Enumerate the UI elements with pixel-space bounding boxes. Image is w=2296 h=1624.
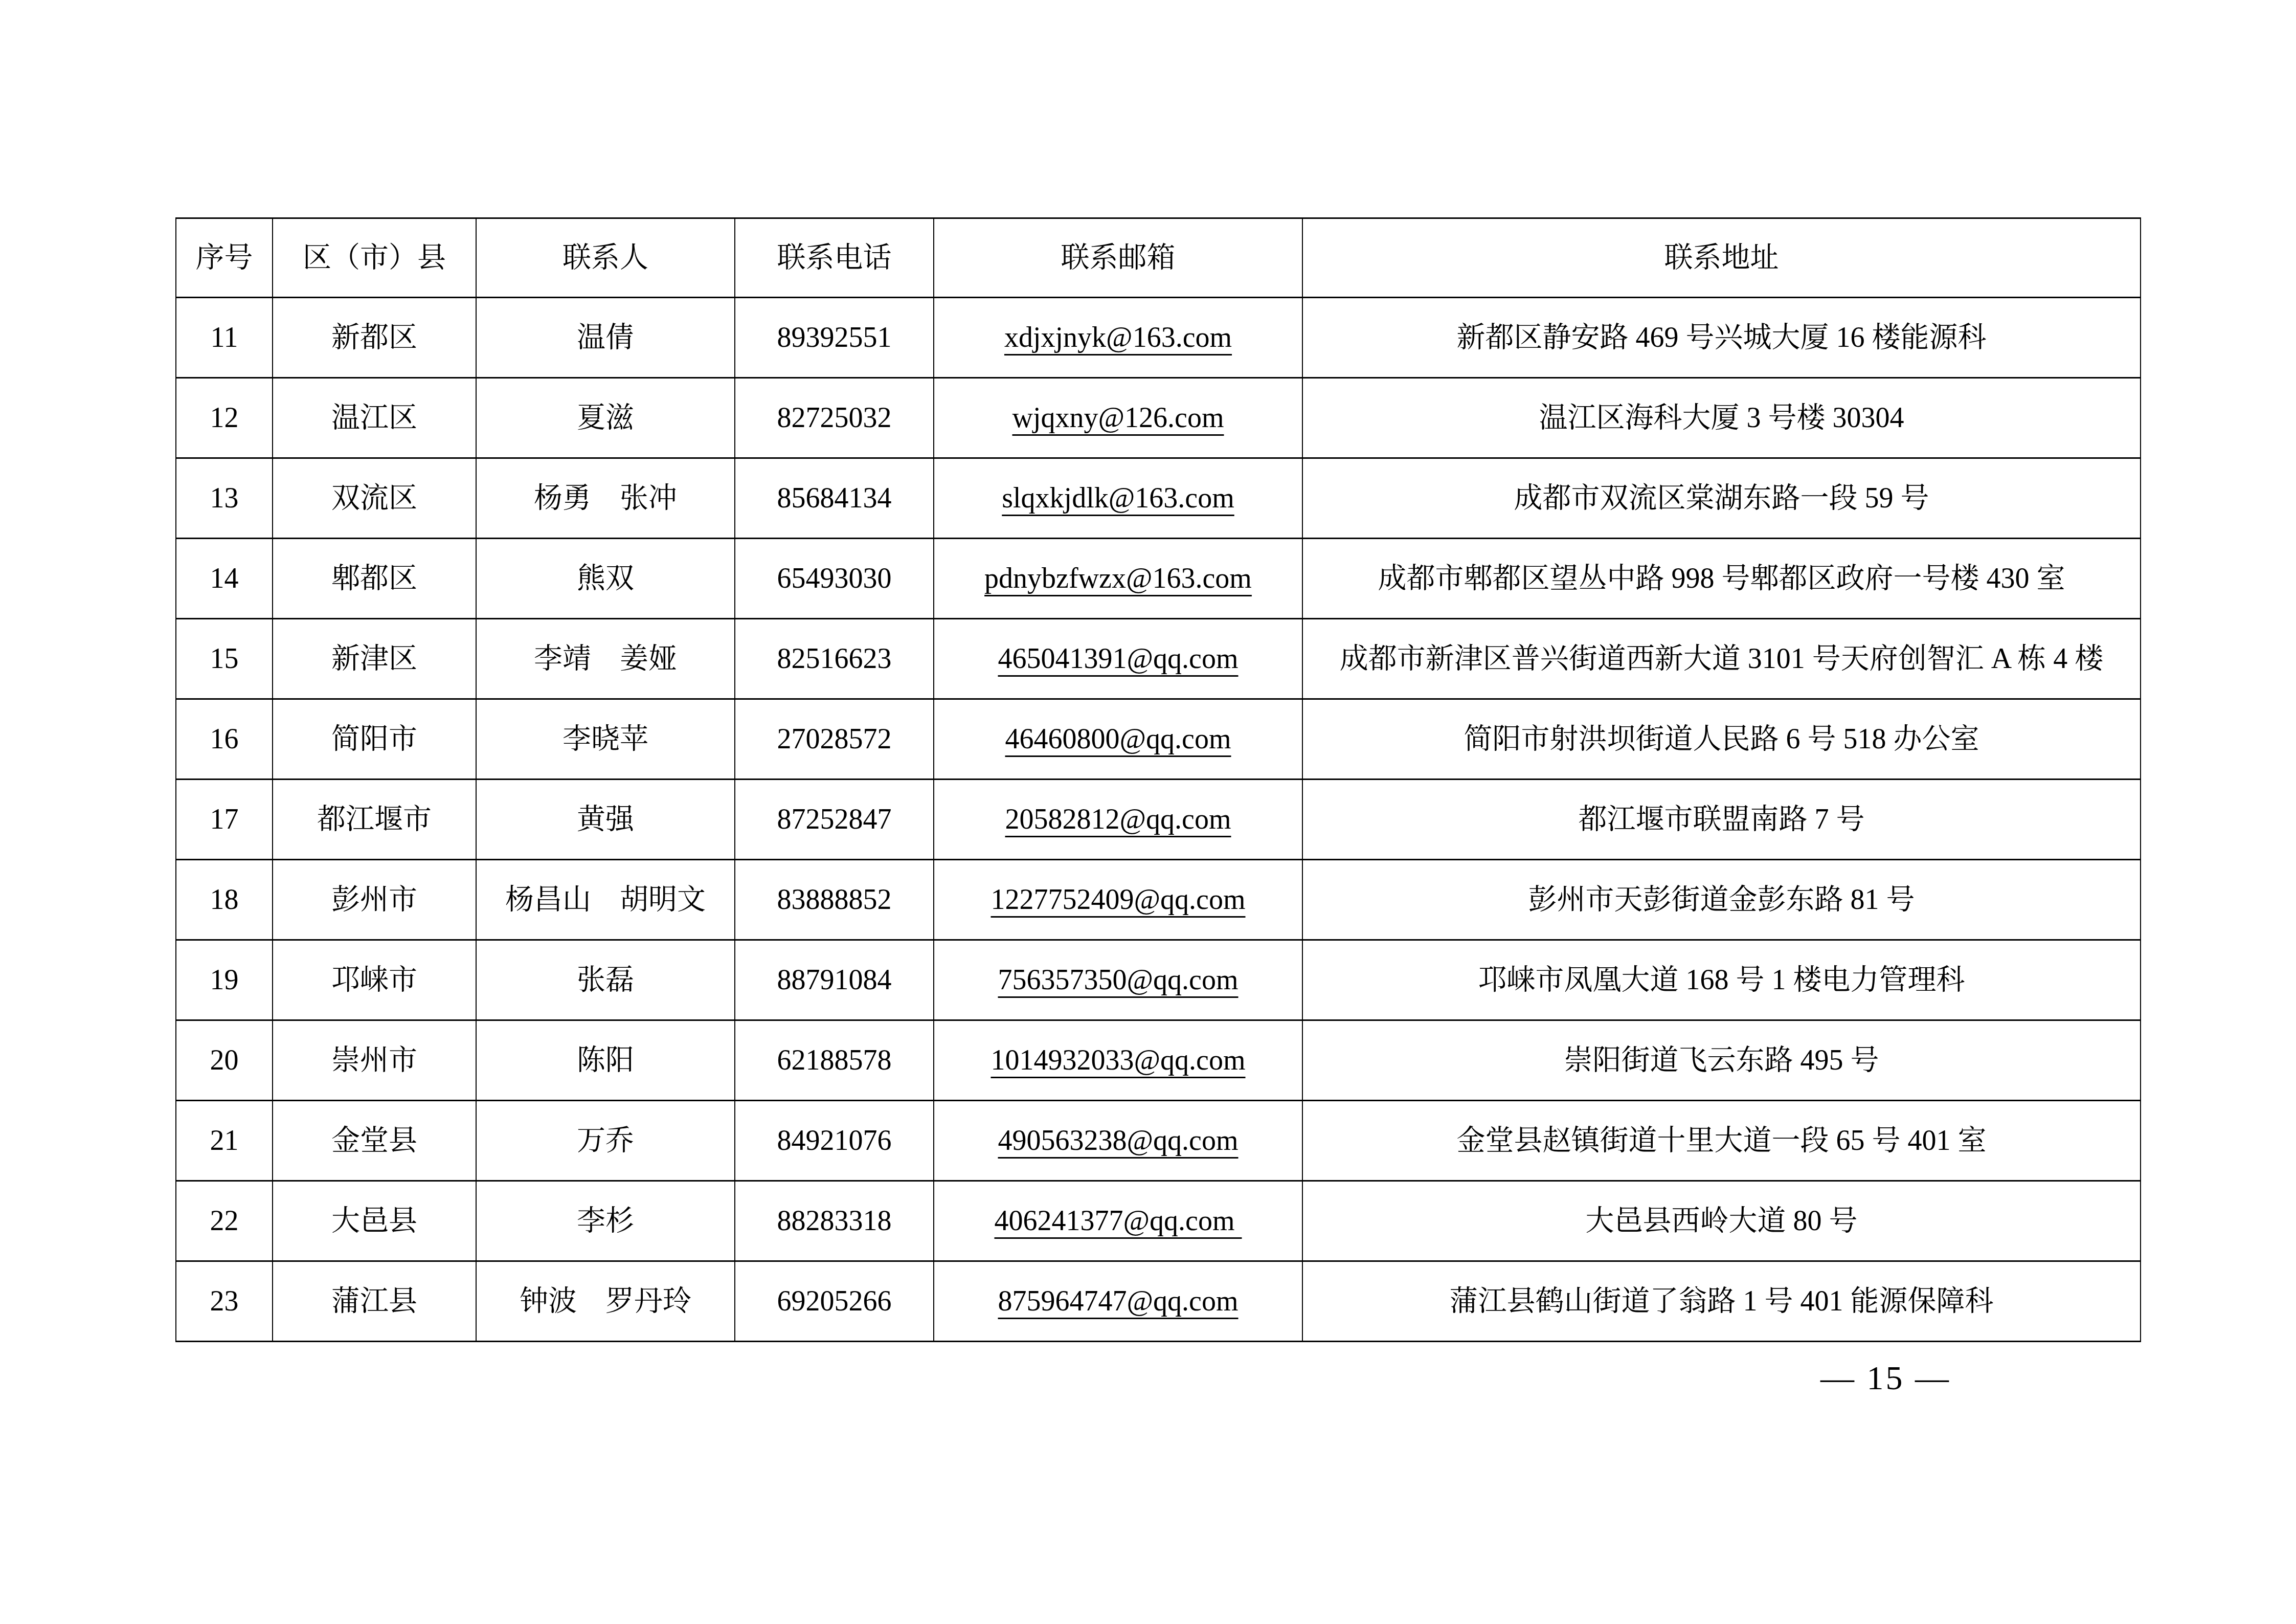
phone-cell: 89392551	[735, 298, 934, 378]
page-number: — 15 —	[1820, 1362, 1951, 1395]
table-row: 14 郫都区 熊双 65493030 pdnybzfwzx@163.com 成都…	[176, 539, 2141, 619]
phone-cell: 27028572	[735, 699, 934, 780]
address-cell: 成都市双流区棠湖东路一段 59 号	[1302, 458, 2141, 539]
phone-cell: 88791084	[735, 940, 934, 1020]
email-link[interactable]: 756357350@qq.com	[998, 964, 1239, 996]
table-header-row: 序号 区（市）县 联系人 联系电话 联系邮箱 联系地址	[176, 218, 2141, 298]
contacts-table: 序号 区（市）县 联系人 联系电话 联系邮箱 联系地址 11 新都区 温倩 89…	[175, 217, 2141, 1342]
table-row: 22 大邑县 李杉 88283318 406241377@qq.com 大邑县西…	[176, 1181, 2141, 1261]
email-link[interactable]: 465041391@qq.com	[998, 643, 1239, 675]
email-link[interactable]: 20582812@qq.com	[1005, 804, 1231, 835]
address-cell: 简阳市射洪坝街道人民路 6 号 518 办公室	[1302, 699, 2141, 780]
district-cell: 简阳市	[273, 699, 476, 780]
district-cell: 大邑县	[273, 1181, 476, 1261]
row-index-cell: 16	[176, 699, 273, 780]
table-row: 15 新津区 李靖 姜娅 82516623 465041391@qq.com 成…	[176, 619, 2141, 699]
phone-cell: 88283318	[735, 1181, 934, 1261]
contact-cell: 钟波 罗丹玲	[476, 1261, 735, 1342]
contact-cell: 熊双	[476, 539, 735, 619]
address-cell: 新都区静安路 469 号兴城大厦 16 楼能源科	[1302, 298, 2141, 378]
email-link[interactable]: 1227752409@qq.com	[991, 884, 1246, 916]
address-cell: 金堂县赵镇街道十里大道一段 65 号 401 室	[1302, 1101, 2141, 1181]
email-cell: xdjxjnyk@163.com	[934, 298, 1302, 378]
district-cell: 都江堰市	[273, 780, 476, 860]
phone-cell: 82516623	[735, 619, 934, 699]
table-row: 20 崇州市 陈阳 62188578 1014932033@qq.com 崇阳街…	[176, 1020, 2141, 1101]
contact-cell: 黄强	[476, 780, 735, 860]
email-link[interactable]: 46460800@qq.com	[1005, 723, 1231, 755]
district-cell: 邛崃市	[273, 940, 476, 1020]
row-index-cell: 19	[176, 940, 273, 1020]
document-page: 序号 区（市）县 联系人 联系电话 联系邮箱 联系地址 11 新都区 温倩 89…	[0, 0, 2296, 1624]
phone-cell: 84921076	[735, 1101, 934, 1181]
row-index-cell: 12	[176, 378, 273, 458]
phone-cell: 83888852	[735, 860, 934, 940]
table-row: 19 邛崃市 张磊 88791084 756357350@qq.com 邛崃市凤…	[176, 940, 2141, 1020]
district-cell: 彭州市	[273, 860, 476, 940]
email-cell: 756357350@qq.com	[934, 940, 1302, 1020]
phone-cell: 85684134	[735, 458, 934, 539]
contact-cell: 李杉	[476, 1181, 735, 1261]
email-link[interactable]: 490563238@qq.com	[998, 1125, 1239, 1156]
phone-cell: 62188578	[735, 1020, 934, 1101]
email-cell: pdnybzfwzx@163.com	[934, 539, 1302, 619]
contact-cell: 万乔	[476, 1101, 735, 1181]
col-header-address: 联系地址	[1302, 218, 2141, 298]
table-row: 16 简阳市 李晓苹 27028572 46460800@qq.com 简阳市射…	[176, 699, 2141, 780]
table-row: 17 都江堰市 黄强 87252847 20582812@qq.com 都江堰市…	[176, 780, 2141, 860]
address-cell: 大邑县西岭大道 80 号	[1302, 1181, 2141, 1261]
row-index-cell: 23	[176, 1261, 273, 1342]
email-link[interactable]: wjqxny@126.com	[1012, 402, 1224, 434]
email-cell: 406241377@qq.com	[934, 1181, 1302, 1261]
email-cell: wjqxny@126.com	[934, 378, 1302, 458]
table-row: 13 双流区 杨勇 张冲 85684134 slqxkjdlk@163.com …	[176, 458, 2141, 539]
row-index-cell: 14	[176, 539, 273, 619]
row-index-cell: 15	[176, 619, 273, 699]
email-link[interactable]: pdnybzfwzx@163.com	[984, 563, 1252, 594]
contact-cell: 陈阳	[476, 1020, 735, 1101]
address-cell: 邛崃市凤凰大道 168 号 1 楼电力管理科	[1302, 940, 2141, 1020]
district-cell: 新都区	[273, 298, 476, 378]
email-cell: slqxkjdlk@163.com	[934, 458, 1302, 539]
col-header-phone: 联系电话	[735, 218, 934, 298]
row-index-cell: 22	[176, 1181, 273, 1261]
row-index-cell: 21	[176, 1101, 273, 1181]
phone-cell: 65493030	[735, 539, 934, 619]
table-row: 23 蒲江县 钟波 罗丹玲 69205266 875964747@qq.com …	[176, 1261, 2141, 1342]
contact-cell: 杨勇 张冲	[476, 458, 735, 539]
row-index-cell: 13	[176, 458, 273, 539]
district-cell: 双流区	[273, 458, 476, 539]
contact-cell: 李靖 姜娅	[476, 619, 735, 699]
address-cell: 都江堰市联盟南路 7 号	[1302, 780, 2141, 860]
col-header-district: 区（市）县	[273, 218, 476, 298]
email-link[interactable]: 1014932033@qq.com	[991, 1044, 1246, 1076]
email-cell: 465041391@qq.com	[934, 619, 1302, 699]
phone-cell: 87252847	[735, 780, 934, 860]
email-link[interactable]: 406241377@qq.com	[995, 1205, 1242, 1237]
email-cell: 875964747@qq.com	[934, 1261, 1302, 1342]
phone-cell: 69205266	[735, 1261, 934, 1342]
table-row: 21 金堂县 万乔 84921076 490563238@qq.com 金堂县赵…	[176, 1101, 2141, 1181]
row-index-cell: 18	[176, 860, 273, 940]
address-cell: 崇阳街道飞云东路 495 号	[1302, 1020, 2141, 1101]
district-cell: 新津区	[273, 619, 476, 699]
phone-cell: 82725032	[735, 378, 934, 458]
address-cell: 成都市郫都区望丛中路 998 号郫都区政府一号楼 430 室	[1302, 539, 2141, 619]
email-cell: 20582812@qq.com	[934, 780, 1302, 860]
email-link[interactable]: xdjxjnyk@163.com	[1004, 322, 1232, 353]
district-cell: 温江区	[273, 378, 476, 458]
address-cell: 成都市新津区普兴街道西新大道 3101 号天府创智汇 A 栋 4 楼	[1302, 619, 2141, 699]
contact-cell: 夏滋	[476, 378, 735, 458]
contact-cell: 温倩	[476, 298, 735, 378]
col-header-email: 联系邮箱	[934, 218, 1302, 298]
row-index-cell: 20	[176, 1020, 273, 1101]
row-index-cell: 11	[176, 298, 273, 378]
email-cell: 1227752409@qq.com	[934, 860, 1302, 940]
district-cell: 蒲江县	[273, 1261, 476, 1342]
contact-cell: 杨昌山 胡明文	[476, 860, 735, 940]
email-cell: 46460800@qq.com	[934, 699, 1302, 780]
email-cell: 490563238@qq.com	[934, 1101, 1302, 1181]
col-header-contact: 联系人	[476, 218, 735, 298]
address-cell: 温江区海科大厦 3 号楼 30304	[1302, 378, 2141, 458]
col-header-index: 序号	[176, 218, 273, 298]
contact-cell: 李晓苹	[476, 699, 735, 780]
table-row: 12 温江区 夏滋 82725032 wjqxny@126.com 温江区海科大…	[176, 378, 2141, 458]
district-cell: 崇州市	[273, 1020, 476, 1101]
district-cell: 郫都区	[273, 539, 476, 619]
email-link[interactable]: slqxkjdlk@163.com	[1002, 482, 1234, 514]
address-cell: 蒲江县鹤山街道了翁路 1 号 401 能源保障科	[1302, 1261, 2141, 1342]
table-row: 11 新都区 温倩 89392551 xdjxjnyk@163.com 新都区静…	[176, 298, 2141, 378]
address-cell: 彭州市天彭街道金彭东路 81 号	[1302, 860, 2141, 940]
email-cell: 1014932033@qq.com	[934, 1020, 1302, 1101]
row-index-cell: 17	[176, 780, 273, 860]
district-cell: 金堂县	[273, 1101, 476, 1181]
table-row: 18 彭州市 杨昌山 胡明文 83888852 1227752409@qq.co…	[176, 860, 2141, 940]
email-link[interactable]: 875964747@qq.com	[998, 1285, 1239, 1317]
contact-cell: 张磊	[476, 940, 735, 1020]
